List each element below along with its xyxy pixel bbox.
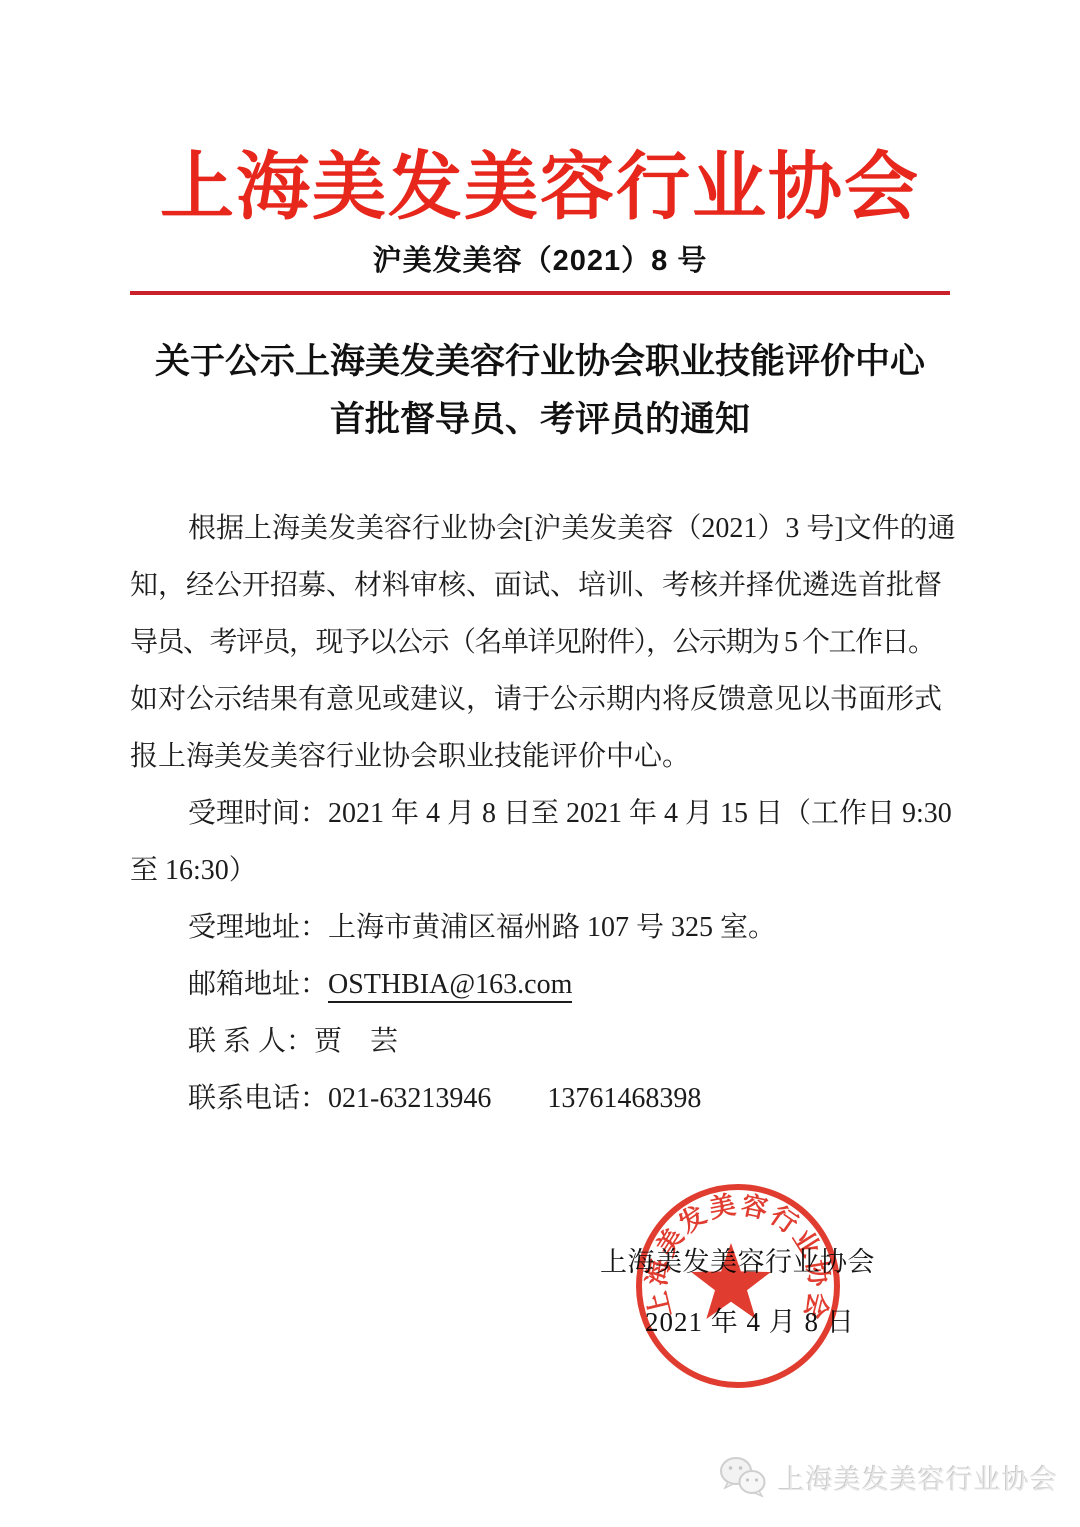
notice-title-line2: 首批督导员、考评员的通知 — [0, 392, 1080, 442]
wechat-icon — [718, 1455, 768, 1499]
body-line: 导员、考评员，现予以公示（名单详见附件），公示期为 5 个工作日。 — [130, 614, 960, 671]
body-line: 知，经公开招募、材料审核、面试、培训、考核并择优遴选首批督 — [130, 557, 960, 614]
org-title: 上海美发美容行业协会 — [0, 128, 1080, 234]
footer-watermark: 上海美发美容行业协会 — [718, 1452, 1058, 1502]
notice-title-line1: 关于公示上海美发美容行业协会职业技能评价中心 — [0, 334, 1080, 384]
seal-ring — [639, 1187, 837, 1385]
footer-watermark-text: 上海美发美容行业协会 — [778, 1458, 1058, 1497]
official-seal: 上海美发美容行业协会 — [633, 1181, 847, 1395]
signature-date: 2021 年 4 月 8 日 — [645, 1300, 855, 1339]
email-line: 邮箱地址：OSTHBIA@163.com — [130, 956, 960, 1013]
reception-time-line2: 至 16:30） — [130, 842, 960, 899]
doc-number: 沪美发美容（2021）8 号 — [0, 238, 1080, 279]
body-line: 报上海美发美容行业协会职业技能评价中心。 — [130, 728, 960, 785]
reception-address: 受理地址：上海市黄浦区福州路 107 号 325 室。 — [130, 899, 960, 956]
document-page: 上海美发美容行业协会 沪美发美容（2021）8 号 关于公示上海美发美容行业协会… — [0, 0, 1080, 1527]
signature-org: 上海美发美容行业协会 — [600, 1240, 875, 1279]
body-line: 根据上海美发美容行业协会[沪美发美容（2021）3 号]文件的通 — [130, 500, 960, 557]
email-address: OSTHBIA@163.com — [328, 969, 572, 1003]
contact-phone: 联系电话：021-63213946 13761468398 — [130, 1070, 960, 1127]
email-label: 邮箱地址： — [188, 969, 328, 1000]
reception-time-line1: 受理时间：2021 年 4 月 8 日至 2021 年 4 月 15 日（工作日… — [130, 785, 960, 842]
contact-person: 联 系 人：贾 芸 — [130, 1013, 960, 1070]
header-divider — [130, 291, 950, 295]
notice-body: 根据上海美发美容行业协会[沪美发美容（2021）3 号]文件的通 知，经公开招募… — [130, 500, 960, 1127]
body-line: 如对公示结果有意见或建议，请于公示期内将反馈意见以书面形式 — [130, 671, 960, 728]
